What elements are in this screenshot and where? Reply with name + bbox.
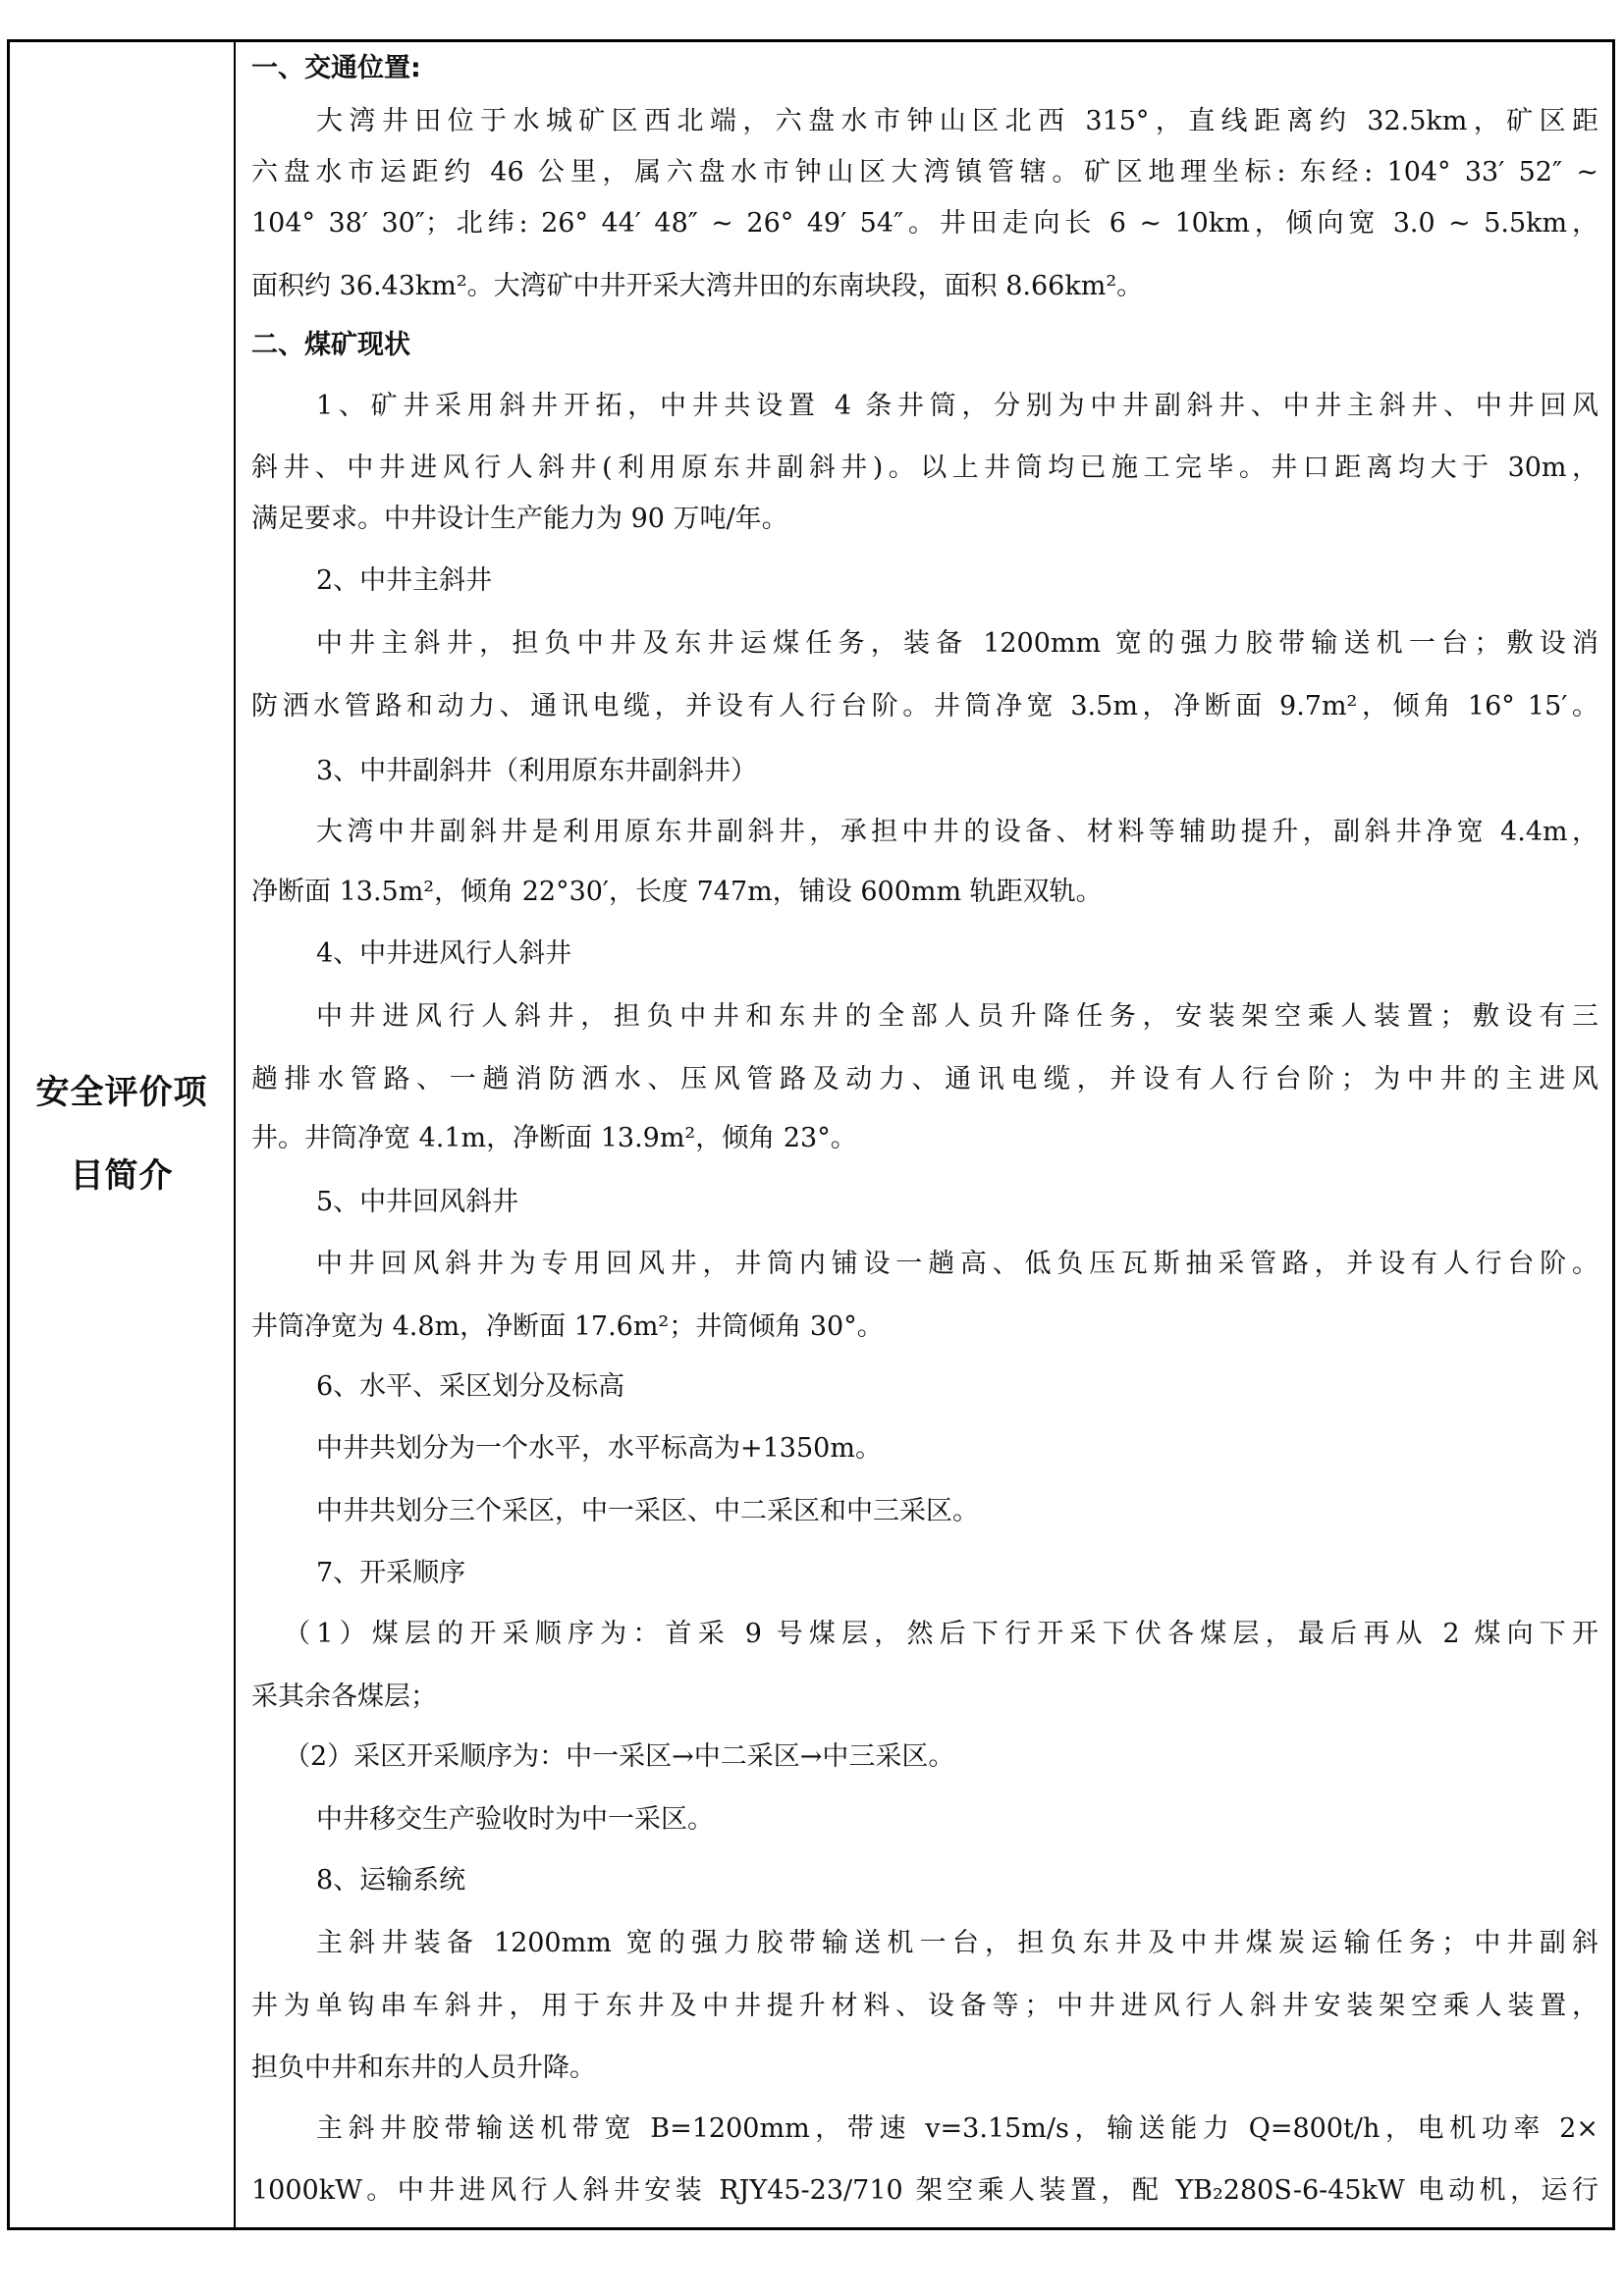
subsection-heading-main-inclined-shaft: 2、中井主斜井 — [316, 561, 1598, 601]
column-divider — [234, 39, 236, 2230]
paragraph-line: 大湾井田位于水城矿区西北端，六盘水市钟山区北西 315°，直线距离约 32.5k… — [316, 102, 1598, 141]
paragraph-line: 主斜井胶带输送机带宽 B=1200mm，带速 v=3.15m/s，输送能力 Q=… — [316, 2109, 1598, 2149]
subsection-heading-intake-shaft: 4、中井进风行人斜井 — [316, 934, 1598, 974]
paragraph-line: 104° 38′ 30″；北纬: 26° 44′ 48″ ~ 26° 49′ 5… — [251, 204, 1598, 243]
paragraph-line: 中井回风斜井为专用回风井，井筒内铺设一趟高、低负压瓦斯抽采管路，并设有人行台阶。 — [316, 1245, 1598, 1284]
subsection-heading-mining-sequence: 7、开采顺序 — [316, 1554, 1598, 1593]
section-heading-traffic-location: 一、交通位置: — [251, 49, 1598, 88]
paragraph-line: 趟排水管路、一趟消防洒水、压风管路及动力、通讯电缆，并设有人行台阶；为中井的主进… — [251, 1060, 1598, 1099]
subsection-heading-return-shaft: 5、中井回风斜井 — [316, 1183, 1598, 1222]
paragraph-line: 六盘水市运距约 46 公里，属六盘水市钟山区大湾镇管辖。矿区地理坐标: 东经: … — [251, 153, 1598, 192]
paragraph-line: 1000kW。中井进风行人斜井安装 RJY45-23/710 架空乘人装置，配 … — [251, 2171, 1598, 2211]
paragraph-line: （2）采区开采顺序为：中一采区→中二采区→中三采区。 — [284, 1737, 1598, 1777]
paragraph-line: 井。井筒净宽 4.1m，净断面 13.9m²，倾角 23°。 — [251, 1119, 1598, 1158]
paragraph-line: 中井共划分三个采区，中一采区、中二采区和中三采区。 — [316, 1492, 1598, 1531]
paragraph-line: 1、矿井采用斜井开拓，中井共设置 4 条井筒，分别为中井副斜井、中井主斜井、中井… — [316, 387, 1598, 426]
paragraph-line: 担负中井和东井的人员升降。 — [251, 2049, 1598, 2088]
paragraph-line: 采其余各煤层； — [251, 1678, 1598, 1717]
paragraph-line: 井为单钩串车斜井，用于东井及中井提升材料、设备等；中井进风行人斜井安装架空乘人装… — [251, 1987, 1598, 2026]
subsection-heading-levels: 6、水平、采区划分及标高 — [316, 1367, 1598, 1407]
subsection-heading-transport: 8、运输系统 — [316, 1861, 1598, 1900]
paragraph-line: 主斜井装备 1200mm 宽的强力胶带输送机一台，担负东井及中井煤炭运输任务；中… — [316, 1924, 1598, 1963]
subsection-heading-auxiliary-shaft: 3、中井副斜井（利用原东井副斜井） — [316, 752, 1598, 791]
paragraph-line: （1）煤层的开采顺序为：首采 9 号煤层，然后下行开采下伏各煤层，最后再从 2 … — [284, 1615, 1598, 1654]
section-heading-mine-status: 二、煤矿现状 — [251, 326, 1598, 365]
paragraph-line: 满足要求。中井设计生产能力为 90 万吨/年。 — [251, 500, 1598, 539]
paragraph-line: 中井共划分为一个水平，水平标高为+1350m。 — [316, 1429, 1598, 1468]
paragraph-line: 中井主斜井，担负中井及东井运煤任务，装备 1200mm 宽的强力胶带输送机一台；… — [316, 624, 1598, 664]
paragraph-line: 防洒水管路和动力、通讯电缆，并设有人行台阶。井筒净宽 3.5m，净断面 9.7m… — [251, 687, 1598, 726]
paragraph-line: 斜井、中井进风行人斜井(利用原东井副斜井)。以上井筒均已施工完毕。井口距离均大于… — [251, 449, 1598, 488]
row-label-line2: 目简介 — [10, 1156, 234, 1196]
paragraph-line: 大湾中井副斜井是利用原东井副斜井，承担中井的设备、材料等辅助提升，副斜井净宽 4… — [316, 813, 1598, 852]
paragraph-line: 面积约 36.43km²。大湾矿中井开采大湾井田的东南块段，面积 8.66km²… — [251, 267, 1598, 306]
paragraph-line: 净断面 13.5m²，倾角 22°30′，长度 747m，铺设 600mm 轨距… — [251, 873, 1598, 912]
paragraph-line: 井筒净宽为 4.8m，净断面 17.6m²；井筒倾角 30°。 — [251, 1308, 1598, 1347]
paragraph-line: 中井进风行人斜井，担负中井和东井的全部人员升降任务，安装架空乘人装置；敷设有三 — [316, 997, 1598, 1037]
paragraph-line: 中井移交生产验收时为中一采区。 — [316, 1800, 1598, 1840]
row-label-line1: 安全评价项 — [10, 1073, 234, 1112]
